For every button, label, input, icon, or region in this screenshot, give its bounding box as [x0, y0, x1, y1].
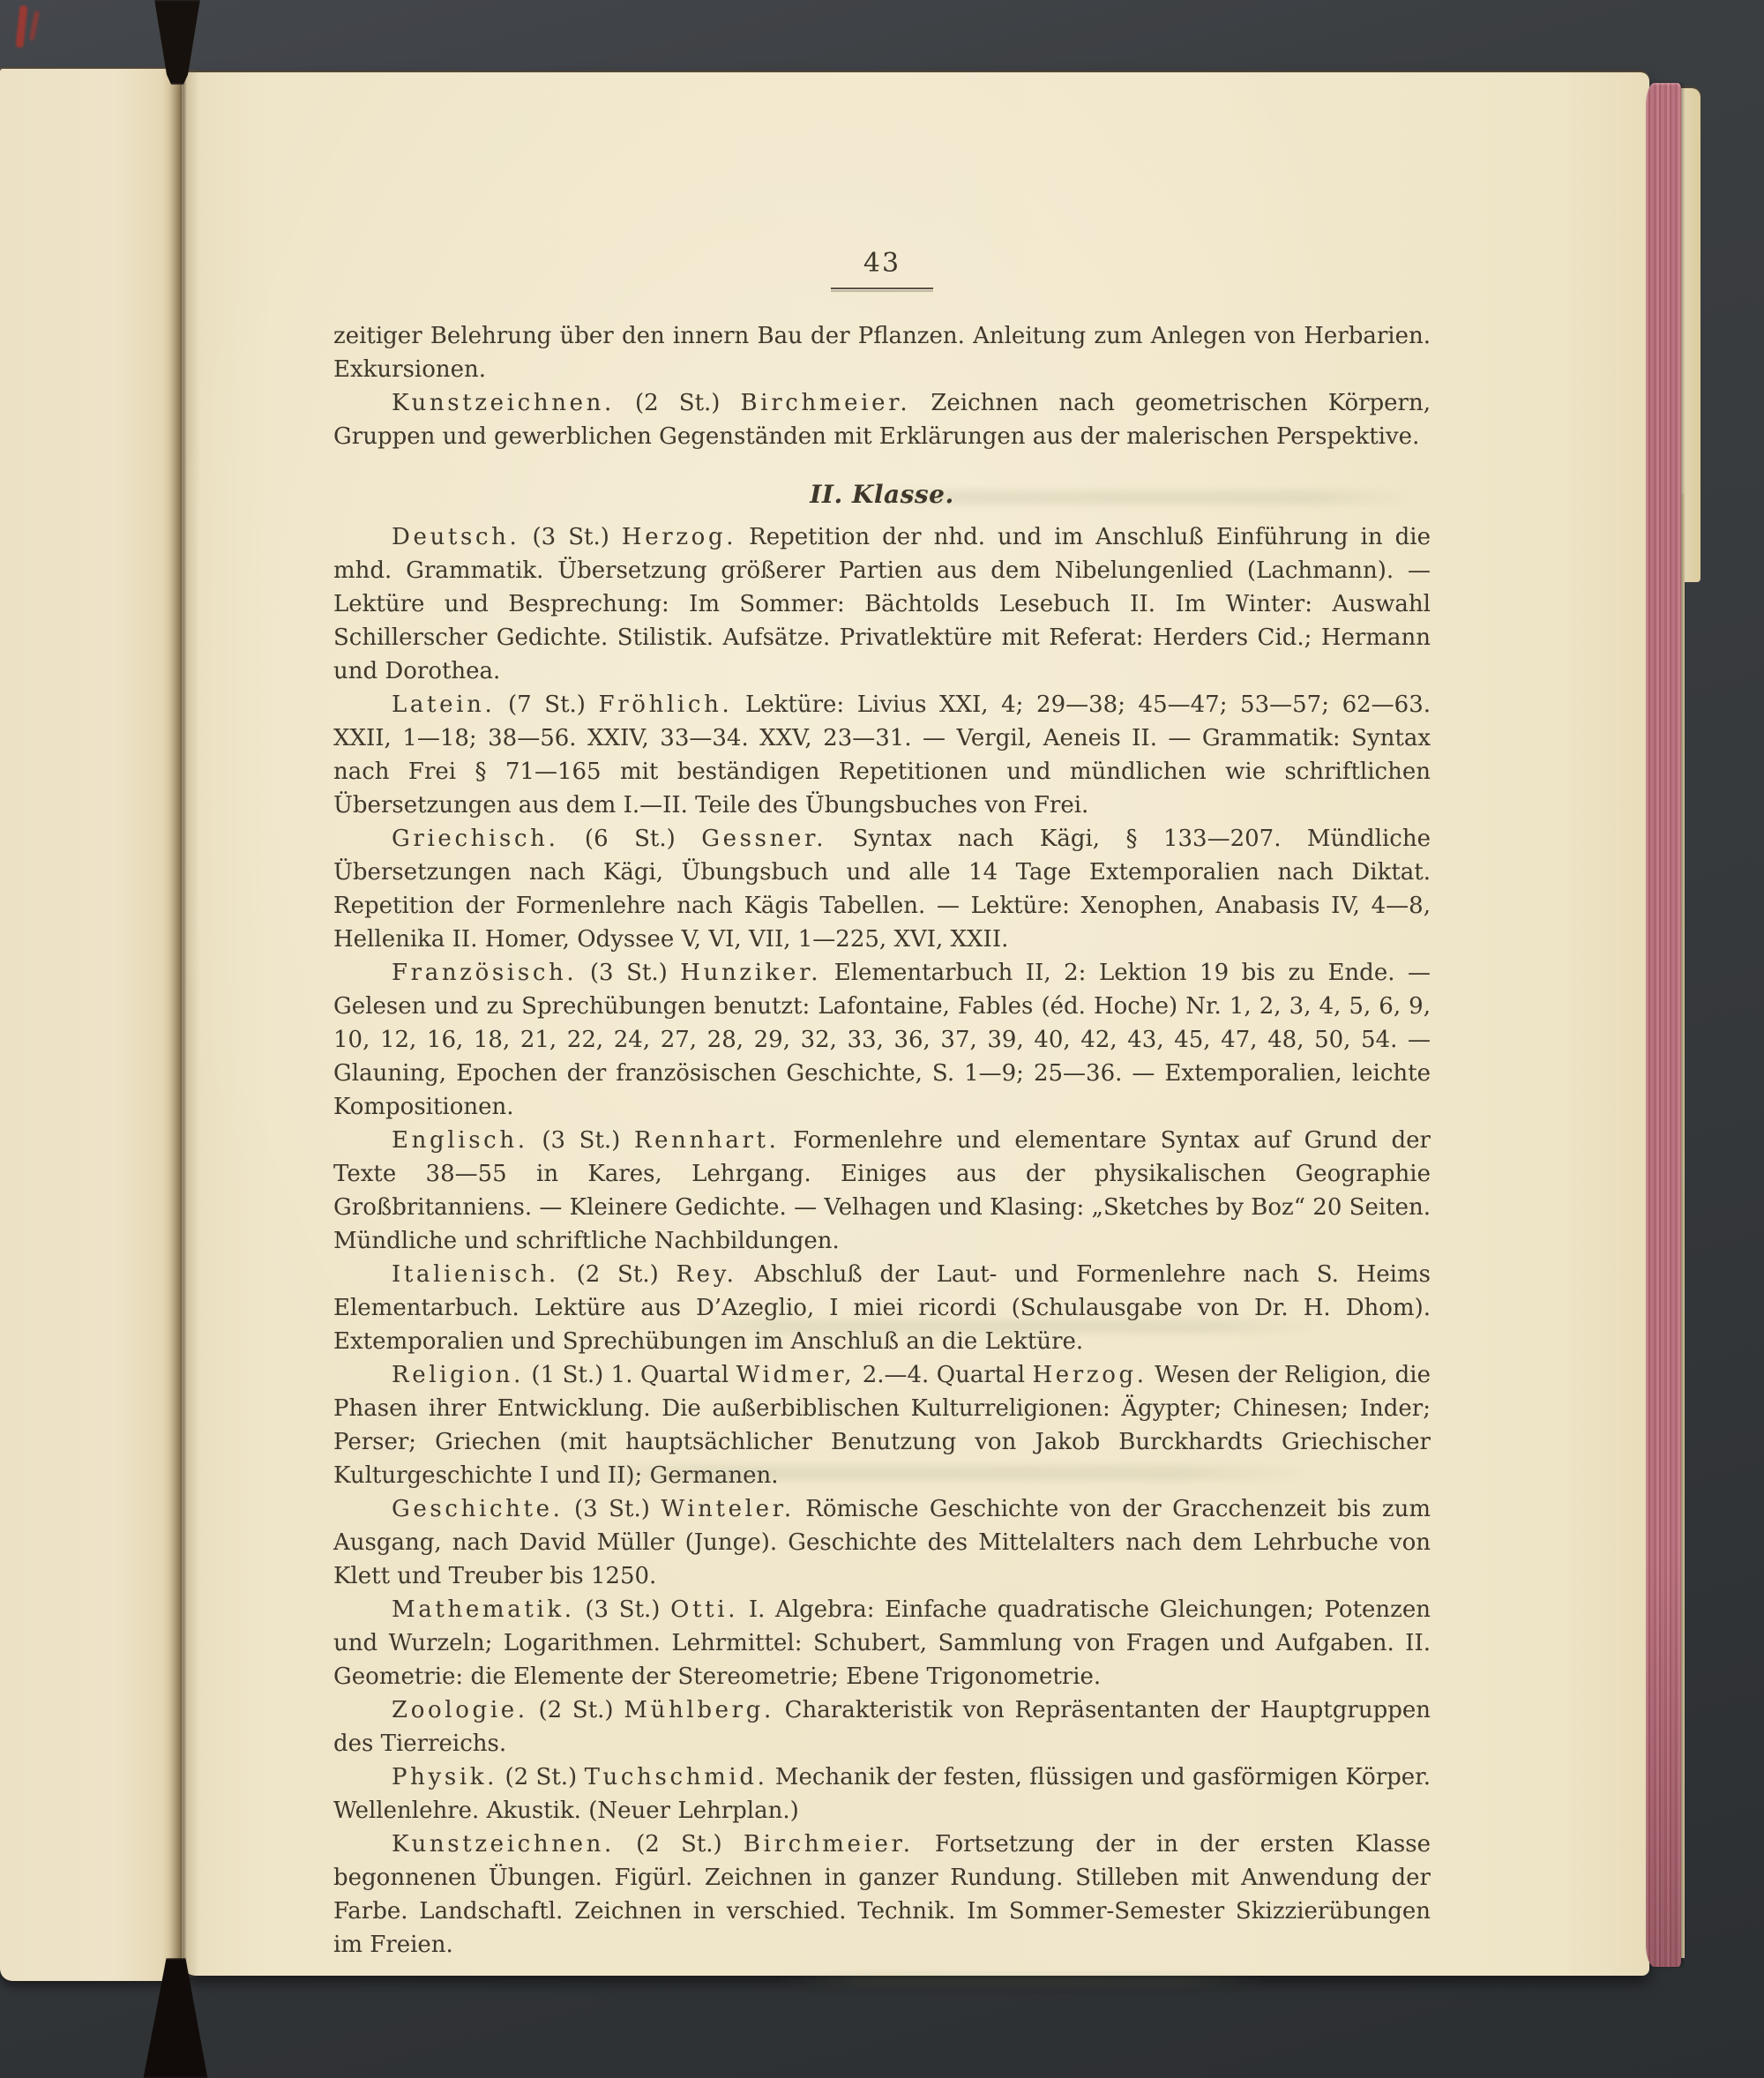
emphasized-text: Mühlberg.: [624, 1697, 774, 1723]
paragraph: Latein. (7 St.) Fröhlich. Lektüre: Liviu…: [333, 688, 1431, 822]
paragraph: Zoologie. (2 St.) Mühlberg. Charakterist…: [333, 1693, 1431, 1760]
paragraph: Mathematik. (3 St.) Otti. I. Algebra: Ei…: [333, 1593, 1431, 1693]
paragraph: Englisch. (3 St.) Rennhart. Formenlehre …: [333, 1124, 1431, 1258]
paragraph: Griechisch. (6 St.) Gessner. Syntax nach…: [333, 822, 1431, 956]
text-block: 43 zeitiger Belehrung über den innern Ba…: [333, 249, 1431, 1962]
emphasized-text: Französisch.: [392, 960, 577, 986]
body-text: (2 St.): [497, 1764, 584, 1790]
paragraph: Französisch. (3 St.) Hunziker. Elementar…: [333, 956, 1431, 1124]
body-text: (3 St.): [519, 524, 621, 550]
paragraph: zeitiger Belehrung über den innern Bau d…: [333, 319, 1431, 386]
fore-edge-pink: [1646, 83, 1681, 1967]
body-text: (6 St.): [558, 826, 701, 852]
red-pencil-mark: [29, 11, 40, 41]
emphasized-text: Physik.: [392, 1764, 497, 1790]
emphasized-text: Griechisch.: [392, 826, 558, 852]
page-number: 43: [333, 249, 1431, 279]
emphasized-text: Religion.: [392, 1362, 524, 1388]
paragraph: Italienisch. (2 St.) Rey. Abschluß der L…: [333, 1258, 1431, 1358]
paragraphs-before-heading: zeitiger Belehrung über den innern Bau d…: [333, 319, 1431, 453]
paragraph: Kunstzeichnen. (2 St.) Birchmeier. Zeich…: [333, 386, 1431, 453]
left-page-edge: [0, 69, 183, 1981]
body-text: (3 St.): [575, 1596, 670, 1623]
body-text: (7 St.): [495, 691, 598, 718]
emphasized-text: Fröhlich.: [599, 691, 733, 718]
body-text: (3 St.): [528, 1127, 634, 1154]
body-text: (3 St.): [577, 960, 680, 986]
emphasized-text: Herzog.: [622, 524, 736, 550]
emphasized-text: Geschichte.: [392, 1496, 564, 1522]
body-text: (2 St.): [559, 1261, 676, 1288]
paragraph: Physik. (2 St.) Tuchschmid. Mechanik der…: [333, 1760, 1431, 1828]
emphasized-text: Birchmeier.: [741, 390, 911, 416]
emphasized-text: Birchmeier.: [744, 1831, 914, 1857]
emphasized-text: Winteler.: [661, 1496, 794, 1522]
paragraph: Religion. (1 St.) 1. Quartal Widmer, 2.—…: [333, 1358, 1431, 1492]
body-text: (3 St.): [564, 1496, 661, 1522]
emphasized-text: Kunstzeichnen.: [392, 390, 615, 416]
emphasized-text: Tuchschmid.: [585, 1764, 768, 1790]
body-text: (2 St.): [615, 1831, 744, 1857]
emphasized-text: Kunstzeichnen.: [392, 1831, 615, 1857]
body-text: 2.—4. Quartal: [855, 1362, 1032, 1388]
body-text: (2 St.): [615, 390, 741, 416]
body-text: zeitiger Belehrung über den innern Bau d…: [333, 323, 1431, 383]
emphasized-text: Zoologie.: [392, 1697, 528, 1723]
bleed-through-ghost: [776, 1974, 1270, 1986]
section-heading: II. Klasse.: [333, 478, 1431, 512]
emphasized-text: Deutsch.: [392, 524, 519, 550]
paragraphs-after-heading: Deutsch. (3 St.) Herzog. Repetition der …: [333, 520, 1431, 1962]
emphasized-text: Herzog.: [1032, 1362, 1147, 1388]
emphasized-text: Rey.: [676, 1261, 736, 1288]
paragraph: Kunstzeichnen. (2 St.) Birchmeier. Forts…: [333, 1828, 1431, 1962]
emphasized-text: Italienisch.: [392, 1261, 559, 1288]
emphasized-text: Hunziker.: [680, 960, 821, 986]
book-page-scan: 43 zeitiger Belehrung über den innern Ba…: [0, 0, 1764, 2078]
emphasized-text: Latein.: [392, 691, 495, 718]
emphasized-text: Gessner.: [701, 826, 826, 852]
emphasized-text: Mathematik.: [392, 1596, 575, 1623]
page-number-rule: [831, 288, 933, 289]
gutter-shadow: [169, 69, 199, 1977]
red-pencil-mark: [16, 5, 28, 49]
emphasized-text: Englisch.: [392, 1127, 528, 1154]
emphasized-text: Otti.: [670, 1596, 738, 1623]
paragraph: Deutsch. (3 St.) Herzog. Repetition der …: [333, 520, 1431, 688]
body-text: (2 St.): [528, 1697, 624, 1723]
emphasized-text: Widmer,: [736, 1362, 856, 1388]
paragraph: Geschichte. (3 St.) Winteler. Römische G…: [333, 1492, 1431, 1593]
body-text: (1 St.) 1. Quartal: [524, 1362, 736, 1388]
emphasized-text: Rennhart.: [634, 1127, 780, 1154]
